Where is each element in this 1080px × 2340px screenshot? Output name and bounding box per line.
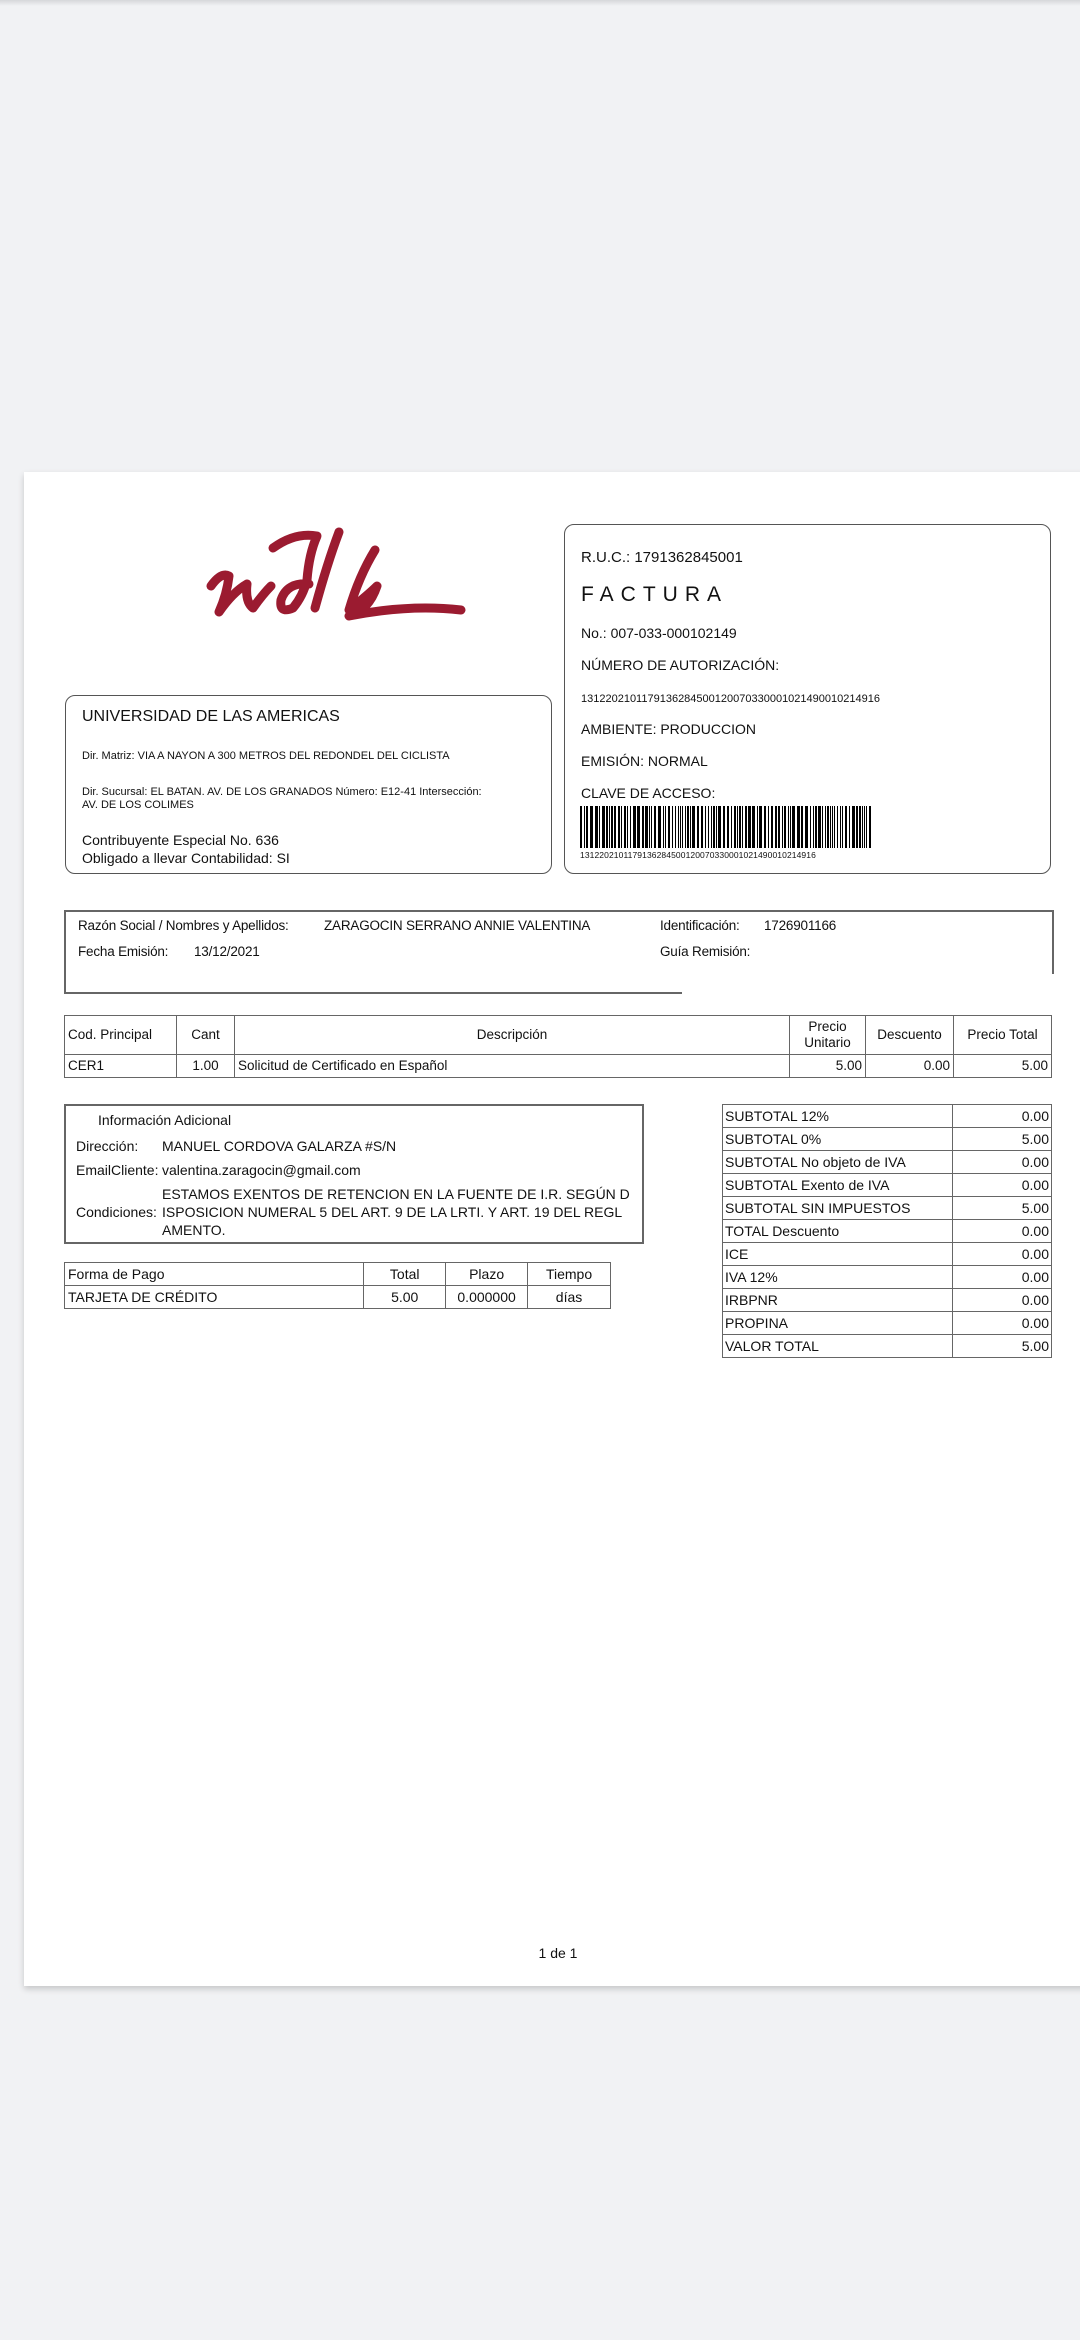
issuer-dir-sucursal: Dir. Sucursal: EL BATAN. AV. DE LOS GRAN… xyxy=(82,786,482,798)
totals-value: 0.00 xyxy=(953,1220,1052,1243)
clave-label: CLAVE DE ACCESO: xyxy=(581,785,715,801)
totals-value: 5.00 xyxy=(953,1128,1052,1151)
razon-label: Razón Social / Nombres y Apellidos: xyxy=(78,918,289,933)
totals-row: SUBTOTAL No objeto de IVA0.00 xyxy=(723,1151,1052,1174)
totals-value: 0.00 xyxy=(953,1151,1052,1174)
client-box-border xyxy=(64,910,66,994)
direccion-label: Dirección: xyxy=(76,1138,138,1154)
id-value: 1726901166 xyxy=(764,918,836,933)
invoice-number: No.: 007-033-000102149 xyxy=(581,625,737,641)
client-box-border xyxy=(64,992,682,994)
id-label: Identificación: xyxy=(660,918,740,933)
ruc: R.U.C.: 1791362845001 xyxy=(581,549,743,566)
doc-type: FACTURA xyxy=(581,583,728,607)
pay-col-tiempo: Tiempo xyxy=(528,1263,611,1286)
item-desc: Solicitud de Certificado en Español xyxy=(235,1055,790,1078)
item-precio-total: 5.00 xyxy=(954,1055,1052,1078)
issuer-dir-matriz: Dir. Matriz: VIA A NAYON A 300 METROS DE… xyxy=(82,750,450,762)
guia-label: Guía Remisión: xyxy=(660,944,750,959)
issuer-box: UNIVERSIDAD DE LAS AMERICAS Dir. Matriz:… xyxy=(65,695,552,874)
totals-row: SUBTOTAL 0%5.00 xyxy=(723,1128,1052,1151)
item-descuento: 0.00 xyxy=(866,1055,954,1078)
auth-number: 1312202101179136284500120070330001021490… xyxy=(581,693,880,705)
pay-col-forma: Forma de Pago xyxy=(65,1263,364,1286)
totals-value: 5.00 xyxy=(953,1197,1052,1220)
totals-label: VALOR TOTAL xyxy=(723,1335,953,1358)
issuer-name: UNIVERSIDAD DE LAS AMERICAS xyxy=(82,708,340,726)
fecha-value: 13/12/2021 xyxy=(194,944,260,959)
totals-label: SUBTOTAL No objeto de IVA xyxy=(723,1151,953,1174)
condiciones-label: Condiciones: xyxy=(76,1204,157,1220)
razon-value: ZARAGOCIN SERRANO ANNIE VALENTINA xyxy=(324,918,590,933)
table-row: TARJETA DE CRÉDITO 5.00 0.000000 días xyxy=(65,1286,611,1309)
udla-logo xyxy=(199,524,479,634)
item-precio-unit: 5.00 xyxy=(790,1055,866,1078)
additional-info-title: Información Adicional xyxy=(98,1112,231,1128)
issuer-contabilidad: Obligado a llevar Contabilidad: SI xyxy=(82,850,290,866)
issuer-dir-sucursal-2: AV. DE LOS COLIMES xyxy=(82,799,194,811)
totals-label: ICE xyxy=(723,1243,953,1266)
totals-label: SUBTOTAL 0% xyxy=(723,1128,953,1151)
pay-total: 5.00 xyxy=(364,1286,446,1309)
totals-value: 0.00 xyxy=(953,1266,1052,1289)
client-box-border xyxy=(1052,910,1054,974)
client-box-border xyxy=(64,910,1052,912)
fecha-label: Fecha Emisión: xyxy=(78,944,168,959)
condiciones-line: ESTAMOS EXENTOS DE RETENCION EN LA FUENT… xyxy=(162,1186,630,1202)
totals-label: SUBTOTAL SIN IMPUESTOS xyxy=(723,1197,953,1220)
totals-row: IRBPNR0.00 xyxy=(723,1289,1052,1312)
totals-label: TOTAL Descuento xyxy=(723,1220,953,1243)
ambiente: AMBIENTE: PRODUCCION xyxy=(581,721,756,737)
col-precio-unit: Precio Unitario xyxy=(790,1016,866,1055)
auth-label: NÚMERO DE AUTORIZACIÓN: xyxy=(581,657,779,673)
top-shadow xyxy=(0,0,1080,6)
page-counter: 1 de 1 xyxy=(24,1945,1080,1961)
col-cant: Cant xyxy=(177,1016,235,1055)
email-value: valentina.zaragocin@gmail.com xyxy=(162,1162,361,1178)
totals-row: PROPINA0.00 xyxy=(723,1312,1052,1335)
totals-label: PROPINA xyxy=(723,1312,953,1335)
items-header-row: Cod. Principal Cant Descripción Precio U… xyxy=(65,1016,1052,1055)
totals-table: SUBTOTAL 12%0.00SUBTOTAL 0%5.00SUBTOTAL … xyxy=(722,1104,1052,1358)
totals-value: 0.00 xyxy=(953,1105,1052,1128)
email-label: EmailCliente: xyxy=(76,1162,158,1178)
col-descuento: Descuento xyxy=(866,1016,954,1055)
table-row: CER1 1.00 Solicitud de Certificado en Es… xyxy=(65,1055,1052,1078)
direccion-value: MANUEL CORDOVA GALARZA #S/N xyxy=(162,1138,396,1154)
barcode-number: 1312202101179136284500120070330001021490… xyxy=(580,850,816,860)
totals-row: ICE0.00 xyxy=(723,1243,1052,1266)
payment-header-row: Forma de Pago Total Plazo Tiempo xyxy=(65,1263,611,1286)
totals-label: SUBTOTAL 12% xyxy=(723,1105,953,1128)
pay-col-plazo: Plazo xyxy=(446,1263,528,1286)
totals-value: 0.00 xyxy=(953,1174,1052,1197)
issuer-contribuyente: Contribuyente Especial No. 636 xyxy=(82,832,279,848)
totals-label: IVA 12% xyxy=(723,1266,953,1289)
pay-plazo: 0.000000 xyxy=(446,1286,528,1309)
pay-col-total: Total xyxy=(364,1263,446,1286)
items-table: Cod. Principal Cant Descripción Precio U… xyxy=(64,1015,1052,1078)
condiciones-line: ISPOSICION NUMERAL 5 DEL ART. 9 DE LA LR… xyxy=(162,1204,622,1220)
col-desc: Descripción xyxy=(235,1016,790,1055)
col-cod: Cod. Principal xyxy=(65,1016,177,1055)
item-cod: CER1 xyxy=(65,1055,177,1078)
item-cant: 1.00 xyxy=(177,1055,235,1078)
totals-row: TOTAL Descuento0.00 xyxy=(723,1220,1052,1243)
condiciones-line: AMENTO. xyxy=(162,1222,226,1238)
emision: EMISIÓN: NORMAL xyxy=(581,753,708,769)
totals-row: SUBTOTAL 12%0.00 xyxy=(723,1105,1052,1128)
barcode-image xyxy=(580,806,875,848)
additional-info-box: Información Adicional Dirección: MANUEL … xyxy=(64,1104,644,1244)
totals-row: VALOR TOTAL5.00 xyxy=(723,1335,1052,1358)
payment-table: Forma de Pago Total Plazo Tiempo TARJETA… xyxy=(64,1262,611,1309)
totals-value: 0.00 xyxy=(953,1243,1052,1266)
totals-row: SUBTOTAL SIN IMPUESTOS5.00 xyxy=(723,1197,1052,1220)
totals-label: IRBPNR xyxy=(723,1289,953,1312)
totals-value: 0.00 xyxy=(953,1312,1052,1335)
totals-value: 5.00 xyxy=(953,1335,1052,1358)
totals-row: IVA 12%0.00 xyxy=(723,1266,1052,1289)
totals-label: SUBTOTAL Exento de IVA xyxy=(723,1174,953,1197)
col-precio-total: Precio Total xyxy=(954,1016,1052,1055)
totals-row: SUBTOTAL Exento de IVA0.00 xyxy=(723,1174,1052,1197)
invoice-page: UNIVERSIDAD DE LAS AMERICAS Dir. Matriz:… xyxy=(24,472,1080,1986)
pay-tiempo: días xyxy=(528,1286,611,1309)
totals-value: 0.00 xyxy=(953,1289,1052,1312)
pay-forma: TARJETA DE CRÉDITO xyxy=(65,1286,364,1309)
